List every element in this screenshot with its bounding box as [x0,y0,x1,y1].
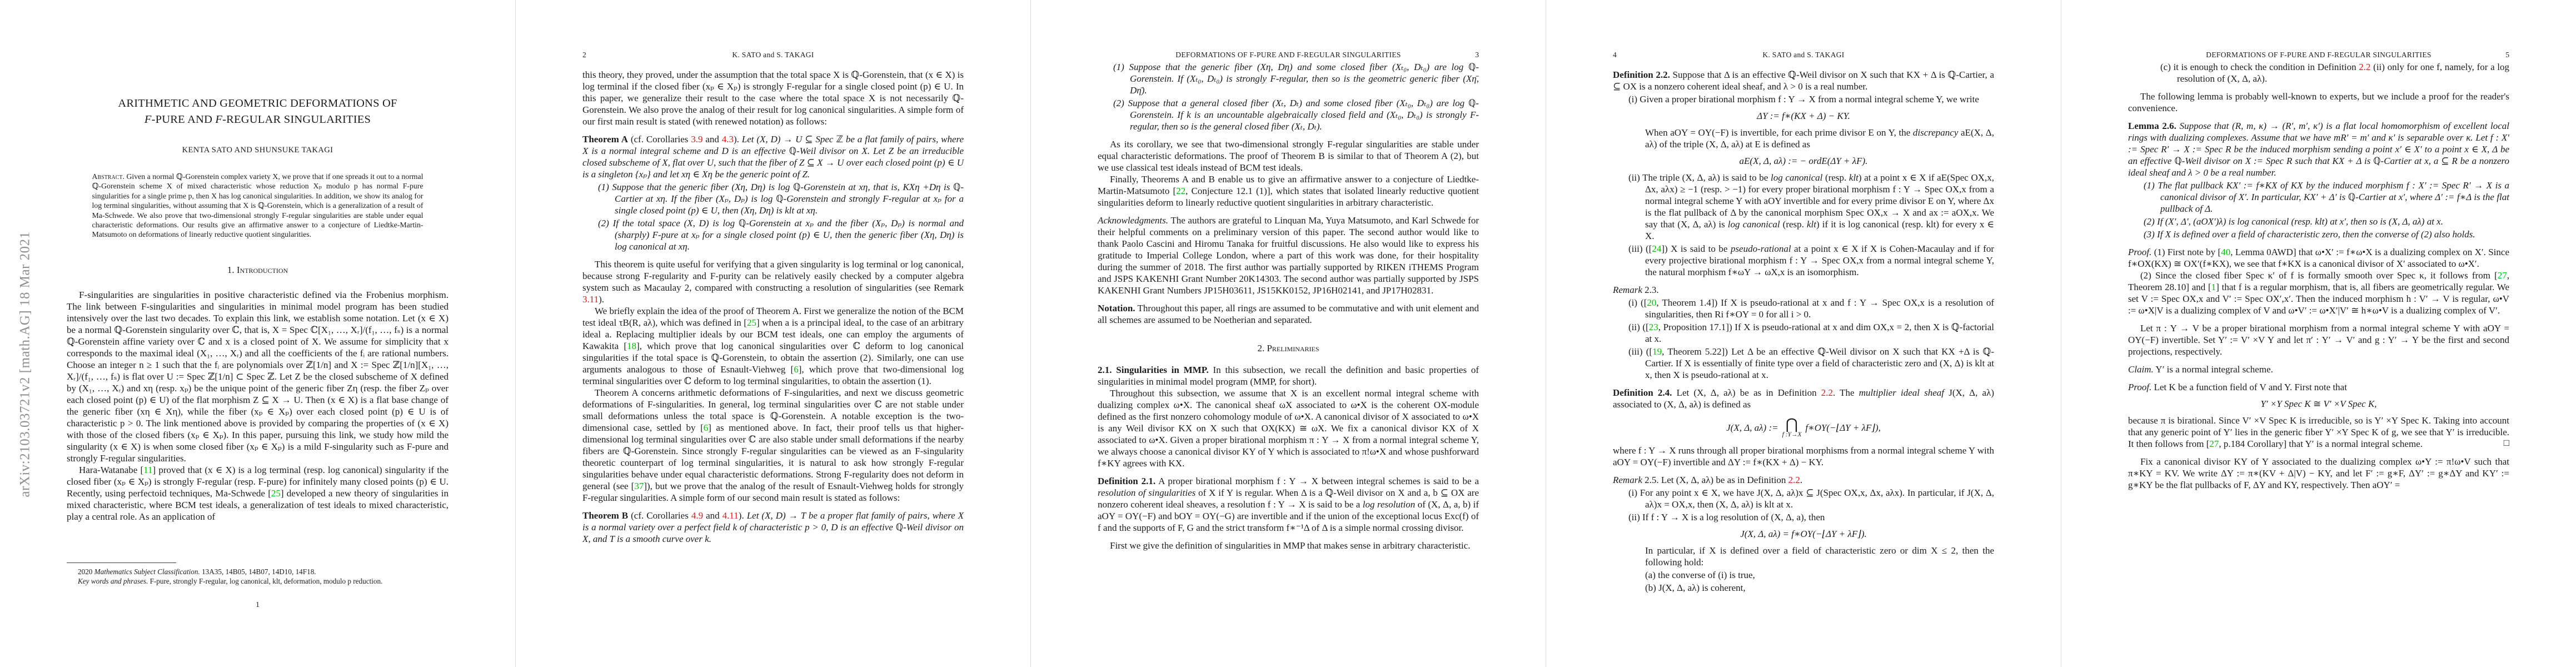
footnote-keywords: Key words and phrases. F-pure, strongly … [67,576,449,586]
equation-left: J(X, Δ, aλ) := [1726,422,1778,434]
remark-2-3-item-i: (i) ([20, Theorem 1.4]) If X is pseudo-r… [1613,297,1994,320]
page-3: DEFORMATIONS OF F-PURE AND F-REGULAR SIN… [1030,0,1546,667]
definition-2-2-item-ii: (ii) The triple (X, Δ, aλ) is said to be… [1613,172,1994,242]
remark-2-3: Remark 2.3. [1613,284,1994,296]
running-head: DEFORMATIONS OF F-PURE AND F-REGULAR SIN… [1098,50,1479,60]
paragraph: Throughout this subsection, we assume th… [1098,387,1479,469]
paragraph: This theorem is quite useful for verifyi… [582,258,964,305]
paper-title-line-1: ARITHMETIC AND GEOMETRIC DEFORMATIONS OF [67,96,449,112]
footnotes: 2020 Mathematics Subject Classification.… [67,563,449,586]
remark-2-3-item-iii: (iii) ([19, Theorem 5.22]) Let Δ be an e… [1613,346,1994,381]
page-number: 2 [582,50,586,60]
lemma-2-6-statement: Lemma 2.6. Suppose that (R, m, κ) → (R′,… [2128,120,2509,178]
remark-2-5-item-ii: (ii) If f : Y → X is a log resolution of… [1613,511,1994,523]
paragraph: Let π : Y → V be a proper birational mor… [2128,322,2509,357]
paragraph: First we give the definition of singular… [1098,540,1479,551]
section-heading-preliminaries: 2. Preliminaries [1098,342,1479,354]
claim-statement: Claim. Y′ is a normal integral scheme. [2128,364,2509,375]
equation-discrepancy: aE(X, Δ, aλ) := − ordE(ΔY + λF). [1613,155,1994,167]
arxiv-watermark: arXiv:2103.03721v2 [math.AG] 18 Mar 2021 [19,170,31,559]
definition-2-2-item-i-cont: When aOY = OY(−F) is invertible, for eac… [1613,127,1994,150]
subsection-2-1: 2.1. Singularities in MMP. In this subse… [1098,364,1479,387]
authors-line: KENTA SATO AND SHUNSUKE TAKAGI [67,145,449,156]
running-head: 2 K. SATO and S. TAKAGI [582,50,964,60]
paragraph: F-singularities are singularities in pos… [67,289,449,464]
theorem-a-item-1: (1) Suppose that the generic fiber (Xη, … [582,181,964,216]
page-1: arXiv:2103.03721v2 [math.AG] 18 Mar 2021… [0,0,515,667]
page-number: 1 [0,599,515,611]
paragraph: Fix a canonical divisor KY of Y associat… [2128,456,2509,491]
footnote-msc: 2020 Mathematics Subject Classification.… [67,567,449,576]
section-heading-introduction: 1. Introduction [67,264,449,276]
qed-symbol: □ [2504,437,2509,449]
running-title: DEFORMATIONS OF F-PURE AND F-REGULAR SIN… [1098,50,1479,60]
lemma-2-6-item-2: (2) If (X′, Δ′, (aOX′)λ) is log canonica… [2128,216,2509,227]
lemma-2-6-item-1: (1) The flat pullback KX′ := f∗KX of KX … [2128,180,2509,215]
equation-multiplier-log-resolution: J(X, Δ, aλ) = f∗OY(−⌊ΔY + λF⌋). [1613,528,1994,540]
theorem-a-item-2: (2) If the total space (X, D) is log ℚ-G… [582,217,964,252]
running-title: DEFORMATIONS OF F-PURE AND F-REGULAR SIN… [2128,50,2509,60]
equation-fiber-product: Y′ ×Y Spec K ≅ V′ ×V Spec K, [2128,398,2509,410]
page-number: 3 [1475,50,1479,60]
document-pages: arXiv:2103.03721v2 [math.AG] 18 Mar 2021… [0,0,2576,667]
page-number: 5 [2505,50,2509,60]
definition-2-1: Definition 2.1. A proper birational morp… [1098,475,1479,534]
proof-paragraph: because π is birational. Since V′ ×V Spe… [2128,415,2509,450]
running-title: K. SATO and S. TAKAGI [582,50,964,60]
paragraph: As its corollary, we see that two-dimens… [1098,138,1479,173]
remark-2-5-item-ii-cont: In particular, if X is defined over a fi… [1613,545,1994,568]
running-title: K. SATO and S. TAKAGI [1613,50,1994,60]
remark-2-5: Remark 2.5. Let (X, Δ, aλ) be as in Defi… [1613,474,1994,486]
paper-title-line-2: F-PURE AND F-REGULAR SINGULARITIES [67,112,449,128]
definition-2-2-item-iii: (iii) ([24]) X is said to be pseudo-rati… [1613,243,1994,278]
theorem-b-statement: Theorem B (cf. Corollaries 4.9 and 4.11)… [582,510,964,545]
intersection-symbol: ⋂ f :Y→X [1782,417,1802,438]
paragraph: Theorem A concerns arithmetic deformatio… [582,387,964,504]
remark-2-5-item-i: (i) For any point x ∈ X, we have J(X, Δ,… [1613,487,1994,510]
paragraph: Hara-Watanabe [11] proved that (x ∈ X) i… [67,464,449,522]
equation-right: f∗OY(−⌊ΔY + λF⌋), [1805,422,1880,434]
definition-2-2: Definition 2.2. Suppose that Δ is an eff… [1613,69,1994,92]
paragraph: We briefly explain the idea of the proof… [582,305,964,387]
paragraph: The following lemma is probably well-kno… [2128,91,2509,114]
proof-paragraph: (2) Since the closed fiber Spec κ′ of f … [2128,270,2509,316]
paragraph: where f : Y → X runs through all proper … [1613,445,1994,468]
running-head: DEFORMATIONS OF F-PURE AND F-REGULAR SIN… [2128,50,2509,60]
theorem-b-item-1: (1) Suppose that the generic fiber (Xη, … [1098,61,1479,96]
acknowledgments: Acknowledgments. The authors are gratefu… [1098,215,1479,296]
remark-2-5-item-c: (c) it is enough to check the condition … [2128,61,2509,84]
proof-paragraph: Proof. (1) First note by [40, Lemma 0AWD… [2128,246,2509,270]
remark-2-5-item-b: (b) J(X, Δ, aλ) is coherent, [1613,582,1994,594]
page-5: DEFORMATIONS OF F-PURE AND F-REGULAR SIN… [2061,0,2576,667]
proof-text: because π is birational. Since V′ ×V Spe… [2128,415,2509,449]
paragraph: Finally, Theorems A and B enable us to g… [1098,173,1479,208]
proof-paragraph: Proof. Let K be a function field of V an… [2128,381,2509,393]
remark-2-3-item-ii: (ii) ([23, Proposition 17.1]) If X is ps… [1613,321,1994,345]
notation-paragraph: Notation. Throughout this paper, all rin… [1098,302,1479,326]
definition-2-2-item-i: (i) Given a proper birational morphism f… [1613,93,1994,105]
page-number: 4 [1613,50,1617,60]
running-head: 4 K. SATO and S. TAKAGI [1613,50,1994,60]
theorem-a-statement: Theorem A (cf. Corollaries 3.9 and 4.3).… [582,133,964,180]
page-4: 4 K. SATO and S. TAKAGI Definition 2.2. … [1546,0,2061,667]
page-2: 2 K. SATO and S. TAKAGI this theory, the… [515,0,1030,667]
definition-2-4: Definition 2.4. Let (X, Δ, aλ) be as in … [1613,387,1994,410]
theorem-b-item-2: (2) Suppose that a general closed fiber … [1098,97,1479,132]
paragraph: this theory, they proved, under the assu… [582,69,964,127]
equation-multiplier-ideal: J(X, Δ, aλ) := ⋂ f :Y→X f∗OY(−⌊ΔY + λF⌋)… [1613,417,1994,438]
footnote-rule [67,563,176,563]
remark-2-5-item-a: (a) the converse of (i) is true, [1613,569,1994,581]
lemma-2-6-item-3: (3) If X is defined over a field of char… [2128,228,2509,240]
abstract-paragraph: Abstract. Given a normal ℚ-Gorenstein co… [92,172,423,240]
equation-delta-y: ΔY := f∗(KX + Δ) − KY. [1613,110,1994,122]
